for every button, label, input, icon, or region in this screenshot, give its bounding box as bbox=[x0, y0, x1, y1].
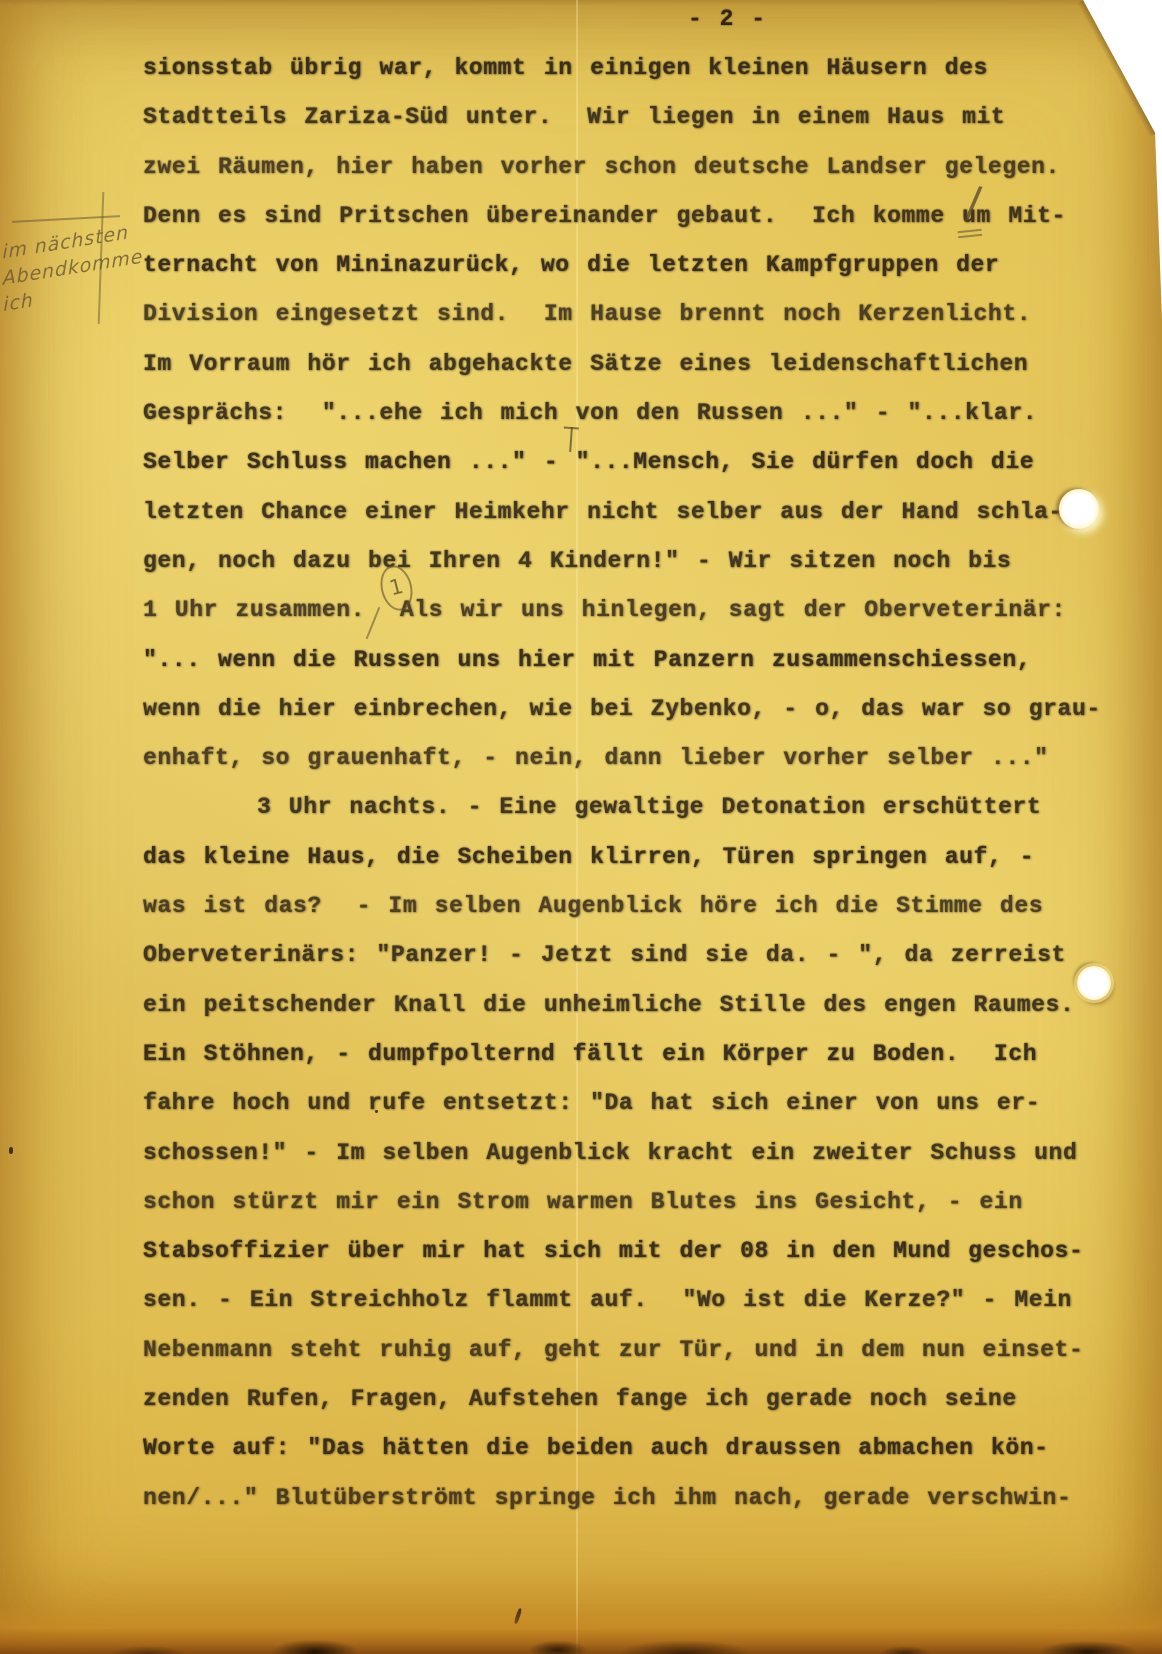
typewritten-line: Oberveterinärs: "Panzer! - Jetzt sind si… bbox=[143, 931, 1153, 980]
typewritten-line: Gesprächs: "...ehe ich mich von den Russ… bbox=[143, 389, 1153, 438]
typewritten-line: was ist das? - Im selben Augenblick höre… bbox=[143, 882, 1153, 931]
punch-hole bbox=[1077, 966, 1111, 1000]
page-number: - 2 - bbox=[688, 6, 767, 32]
pencil-horizontal-line bbox=[12, 215, 120, 223]
typewritten-line: sen. - Ein Streichholz flammt auf. "Wo i… bbox=[143, 1276, 1153, 1325]
pencil-caret-mark bbox=[562, 426, 580, 453]
typewritten-line: gen, noch dazu bei Ihren 4 Kindern!" - W… bbox=[143, 537, 1153, 586]
typewritten-line: schon stürzt mir ein Strom warmen Blutes… bbox=[143, 1178, 1153, 1227]
handwritten-margin-note: im nächsten Abendkomme ich bbox=[2, 216, 152, 318]
typewritten-line: ternacht von Mininazurück, wo die letzte… bbox=[143, 241, 1153, 290]
typewritten-line: 3 Uhr nachts. - Eine gewaltige Detonatio… bbox=[143, 783, 1153, 832]
typewritten-line: Ein Stöhnen, - dumpfpolternd fällt ein K… bbox=[143, 1030, 1153, 1079]
typewritten-line: Division eingesetzt sind. Im Hause brenn… bbox=[143, 290, 1153, 339]
punch-hole bbox=[1059, 489, 1099, 529]
typewritten-line: Worte auf: "Das hätten die beiden auch d… bbox=[143, 1424, 1153, 1473]
scanned-typewritten-page: - 2 - sionsstab übrig war, kommt in eini… bbox=[0, 0, 1162, 1654]
typewritten-line: wenn die hier einbrechen, wie bei Zybenk… bbox=[143, 685, 1153, 734]
paper-sheet: - 2 - sionsstab übrig war, kommt in eini… bbox=[0, 0, 1162, 1654]
typewritten-line: zenden Rufen, Fragen, Aufstehen fange ic… bbox=[143, 1375, 1153, 1424]
typewritten-line: Nebenmann steht ruhig auf, geht zur Tür,… bbox=[143, 1326, 1153, 1375]
typewritten-line: letzten Chance einer Heimkehr nicht selb… bbox=[143, 488, 1153, 537]
typewritten-line: Selber Schluss machen ..." - "...Mensch,… bbox=[143, 438, 1153, 487]
typewritten-line: sionsstab übrig war, kommt in einigen kl… bbox=[143, 44, 1153, 93]
paper-speck bbox=[9, 1147, 13, 1154]
typewritten-line: "... wenn die Russen uns hier mit Panzer… bbox=[143, 636, 1153, 685]
typewritten-line: Denn es sind Pritschen übereinander geba… bbox=[143, 192, 1153, 241]
typewritten-line: 1 Uhr zusammen. Als wir uns hinlegen, sa… bbox=[143, 586, 1153, 635]
typewritten-line: das kleine Haus, die Scheiben klirren, T… bbox=[143, 833, 1153, 882]
typewritten-line: Stabsoffizier über mir hat sich mit der … bbox=[143, 1227, 1153, 1276]
typewritten-line: schossen!" - Im selben Augenblick kracht… bbox=[143, 1129, 1153, 1178]
typewritten-line: nen/..." Blutüberströmt springe ich ihm … bbox=[143, 1474, 1153, 1523]
top-edge-shading bbox=[0, 0, 1162, 6]
typewritten-line: ein peitschender Knall die unheimliche S… bbox=[143, 981, 1153, 1030]
typewritten-line: Im Vorraum hör ich abgehackte Sätze eine… bbox=[143, 340, 1153, 389]
typewritten-line: zwei Räumen, hier haben vorher schon deu… bbox=[143, 143, 1153, 192]
typewritten-line: Stadtteils Zariza-Süd unter. Wir liegen … bbox=[143, 93, 1153, 142]
burnt-bottom-edge bbox=[0, 1606, 1162, 1654]
text-block: sionsstab übrig war, kommt in einigen kl… bbox=[143, 44, 1153, 1523]
typewritten-line: enhaft, so grauenhaft, - nein, dann lieb… bbox=[143, 734, 1153, 783]
typewritten-line: fahre hoch und rufe entsetzt: "Da hat si… bbox=[143, 1079, 1153, 1128]
paper-speck bbox=[375, 1110, 378, 1113]
